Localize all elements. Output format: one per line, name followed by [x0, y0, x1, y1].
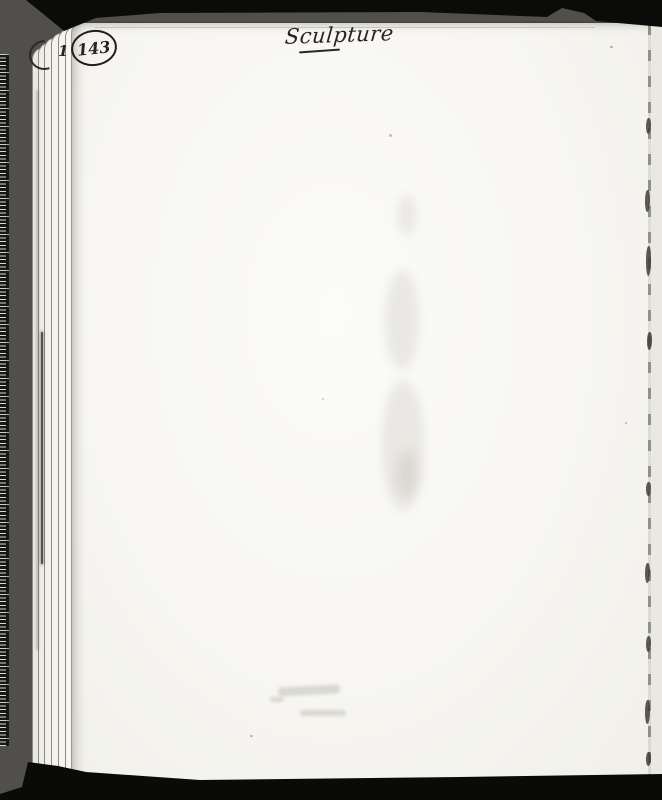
- ruler-major-ticks: [0, 54, 9, 746]
- erased-pencil-mark: [270, 697, 284, 702]
- ink-speck: [250, 735, 253, 737]
- sketchbook-scan: 1 143 Sculpture: [0, 0, 662, 800]
- page-edge-shadow-line: [41, 332, 43, 564]
- ink-speck: [389, 134, 392, 137]
- ink-speck: [322, 398, 324, 400]
- ghost-smudge: [398, 195, 416, 235]
- fore-edge-strip: [651, 23, 662, 780]
- main-page: [71, 21, 653, 786]
- ink-speck: [625, 422, 627, 424]
- page-number: 143: [76, 37, 111, 59]
- underlying-page-number-fragment: 1: [58, 42, 68, 60]
- ghost-smudge: [385, 270, 419, 370]
- measurement-ruler: [0, 54, 9, 746]
- page-stack-shading: [36, 90, 39, 650]
- erased-pencil-mark: [300, 710, 346, 716]
- title-handwriting: Sculpture: [284, 21, 395, 49]
- ink-speck: [610, 46, 613, 48]
- page-right-edge-line: [648, 24, 651, 778]
- ghost-smudge: [396, 450, 418, 498]
